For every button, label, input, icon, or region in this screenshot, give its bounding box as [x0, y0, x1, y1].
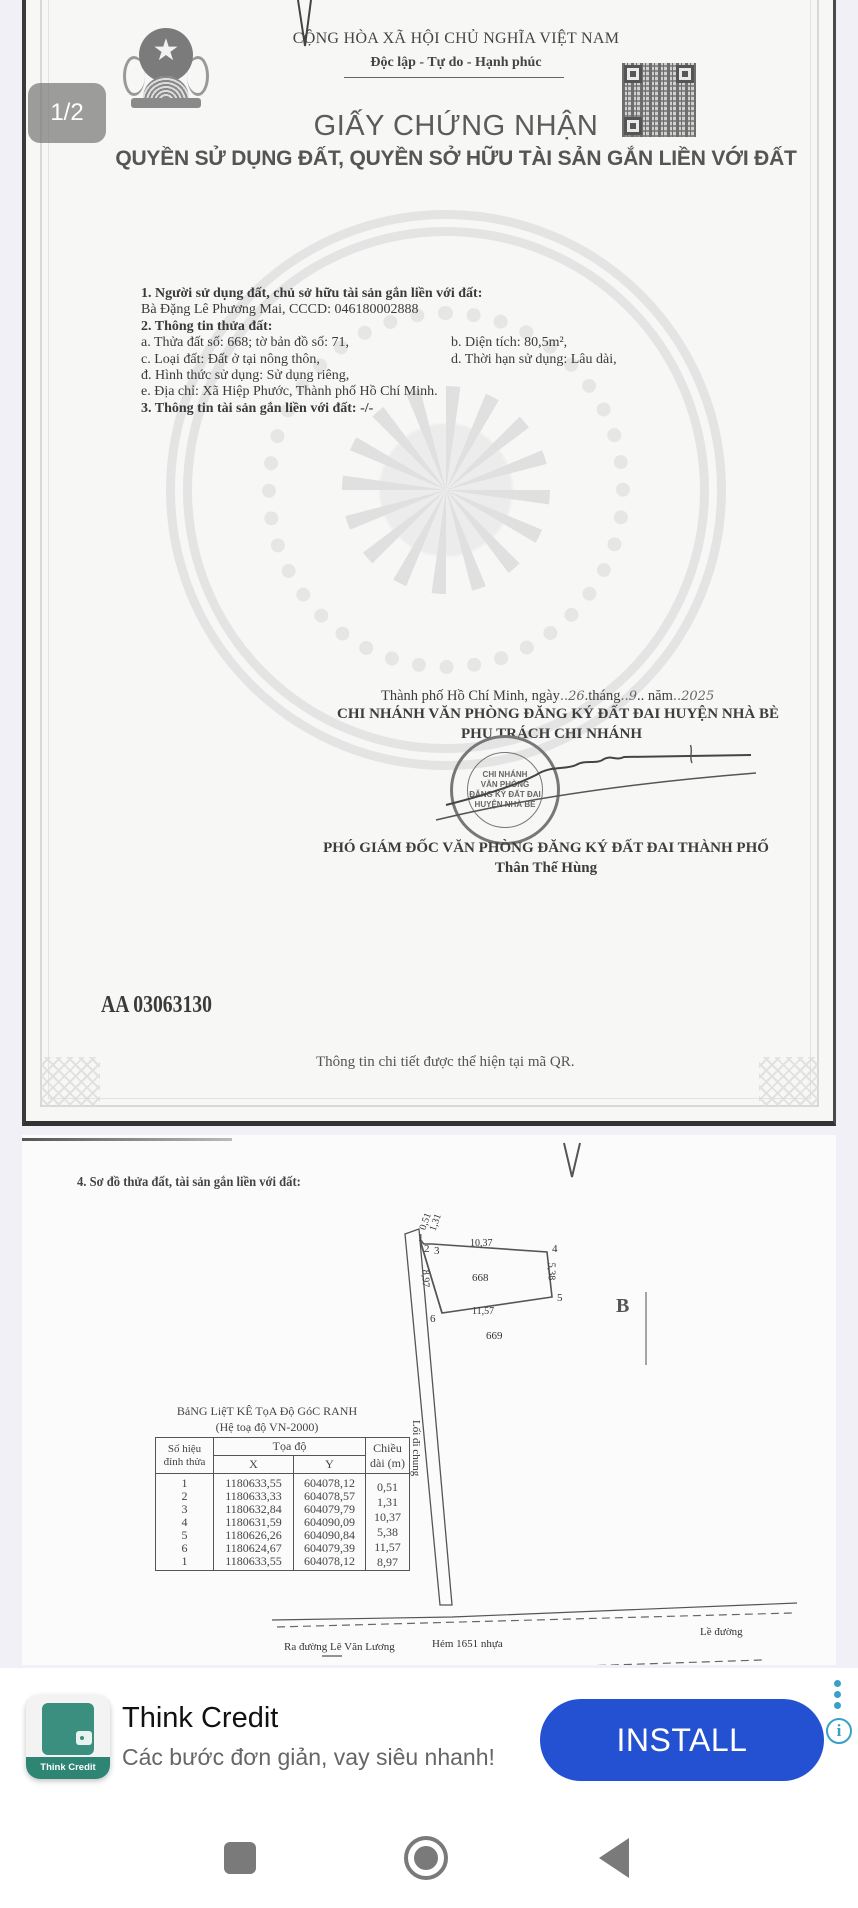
deputy-director-title: PHÓ GIÁM ĐỐC VĂN PHÒNG ĐĂNG KÝ ĐẤT ĐAI T… [266, 840, 826, 857]
parcel-number-label: 668 [472, 1272, 489, 1284]
common-path-label: Lối đi chung [410, 1420, 422, 1476]
app-icon[interactable]: Think Credit [26, 1695, 110, 1779]
parcel-area: b. Diện tích: 80,5m², [451, 335, 567, 351]
qr-note: Thông tin chi tiết được thể hiện tại mã … [316, 1054, 575, 1071]
parcel-heading: 2. Thông tin thửa đất: [141, 319, 701, 335]
north-marker: B [616, 1295, 629, 1318]
address: e. Địa chỉ: Xã Hiệp Phước, Thành phố Hồ … [141, 384, 701, 400]
page-indicator: 1/2 [28, 83, 106, 143]
header-y: Y [294, 1456, 366, 1474]
ad-description: Các bước đơn giản, vay siêu nhanh! [122, 1744, 495, 1771]
usage-form: đ. Hình thức sử dụng: Sử dụng riêng, [141, 368, 701, 384]
date-year: 2025 [681, 689, 714, 704]
land-info: 1. Người sử dụng đất, chủ sở hữu tài sản… [141, 286, 701, 417]
motto: Độc lập - Tự do - Hạnh phúc [276, 55, 636, 71]
corner-pattern [40, 1057, 100, 1107]
vertex-label: 6 [430, 1313, 436, 1325]
certificate-serial: AA 03063130 [101, 992, 212, 1019]
certificate-page-2: 4. Sơ đồ thửa đất, tài sản gắn liền với … [22, 1135, 836, 1665]
home-icon [404, 1836, 448, 1880]
certificate-title: GIẤY CHỨNG NHẬN [66, 110, 846, 143]
ad-banner[interactable]: Think Credit Think Credit Các bước đơn g… [0, 1668, 858, 1800]
section-4-heading: 4. Sơ đồ thửa đất, tài sản gắn liền với … [77, 1175, 301, 1191]
owner-name: Bà Đặng Lê Phương Mai, CCCD: 04618000288… [141, 302, 701, 318]
vertex-label: 3 [434, 1245, 440, 1257]
home-button[interactable] [396, 1828, 456, 1888]
back-button[interactable] [584, 1828, 644, 1888]
header-length: Chiều dài (m) [366, 1438, 410, 1474]
wallet-icon [76, 1731, 92, 1745]
more-options-icon[interactable] [832, 1680, 842, 1714]
vertex-label: 1 [418, 1232, 424, 1244]
edge-length-6-1: 8,97 [419, 1270, 430, 1288]
edge-length-3-4: 10,37 [470, 1238, 493, 1249]
certificate-subtitle: QUYỀN SỬ DỤNG ĐẤT, QUYỀN SỞ HỮU TÀI SẢN … [66, 147, 846, 171]
header-vertex: Số hiệu đỉnh thửa [156, 1438, 214, 1474]
parcel-number: a. Thửa đất số: 668; tờ bản đồ số: 71, [141, 335, 349, 350]
nation-header: CỘNG HÒA XÃ HỘI CHỦ NGHĨA VIỆT NAM [276, 30, 636, 48]
recents-icon [224, 1842, 256, 1874]
header-x: X [214, 1456, 294, 1474]
vertex-label: 4 [552, 1243, 558, 1255]
header-coords: Tọa độ [214, 1438, 366, 1456]
assets-heading: 3. Thông tin tài sản gắn liền với đất: -… [141, 401, 701, 417]
vertex-label: 2 [424, 1243, 430, 1255]
back-icon [599, 1838, 629, 1878]
corner-pattern [759, 1057, 819, 1107]
coord-table-title: BảNG LiệT KÊ TọA Độ GóC RANH [142, 1404, 392, 1419]
date-day: 26 [568, 689, 585, 704]
recents-button[interactable] [210, 1828, 270, 1888]
road-left-label: Ra đường Lê Văn Lương [284, 1641, 395, 1653]
edge-length-4-5: 5,38 [545, 1263, 556, 1281]
vertex-label: 5 [557, 1292, 563, 1304]
coord-table: Số hiệu đỉnh thửa Tọa độ Chiều dài (m) X… [155, 1437, 410, 1571]
usage-term: d. Thời hạn sử dụng: Lâu dài, [451, 352, 617, 368]
issuing-branch: CHI NHÁNH VĂN PHÒNG ĐĂNG KÝ ĐẤT ĐAI HUYỆ… [288, 706, 828, 723]
certificate-page-1: ★ CỘNG HÒA XÃ HỘI CHỦ NGHĨA VIỆT NAM Độc… [22, 0, 836, 1126]
install-button[interactable]: INSTALL [540, 1699, 824, 1781]
signer-name: Thân Thế Hùng [266, 860, 826, 877]
coord-table-subtitle: (Hệ toạ độ VN-2000) [142, 1420, 392, 1435]
road-label: Hẻm 1651 nhựa [432, 1638, 503, 1650]
ad-info-icon[interactable]: i [826, 1718, 852, 1744]
land-type: c. Loại đất: Đất ở tại nông thôn, [141, 352, 320, 367]
table-row: 1234561 1180633,551180633,331180632,8411… [156, 1474, 410, 1571]
signature [426, 745, 756, 825]
ad-app-name[interactable]: Think Credit [122, 1702, 278, 1735]
issue-date: Thành phố Hồ Chí Minh, ngày..26.tháng..9… [381, 688, 714, 705]
edge-length-5-6: 11,57 [472, 1306, 494, 1317]
motto-underline [344, 77, 564, 78]
national-emblem-icon: ★ [121, 28, 211, 110]
system-nav-bar [0, 1800, 858, 1908]
neighbor-parcel-label: 669 [486, 1330, 503, 1342]
date-month: 9 [629, 689, 637, 704]
road-edge-label: Lề đường [700, 1626, 743, 1638]
owner-heading: 1. Người sử dụng đất, chủ sở hữu tài sản… [141, 286, 701, 302]
